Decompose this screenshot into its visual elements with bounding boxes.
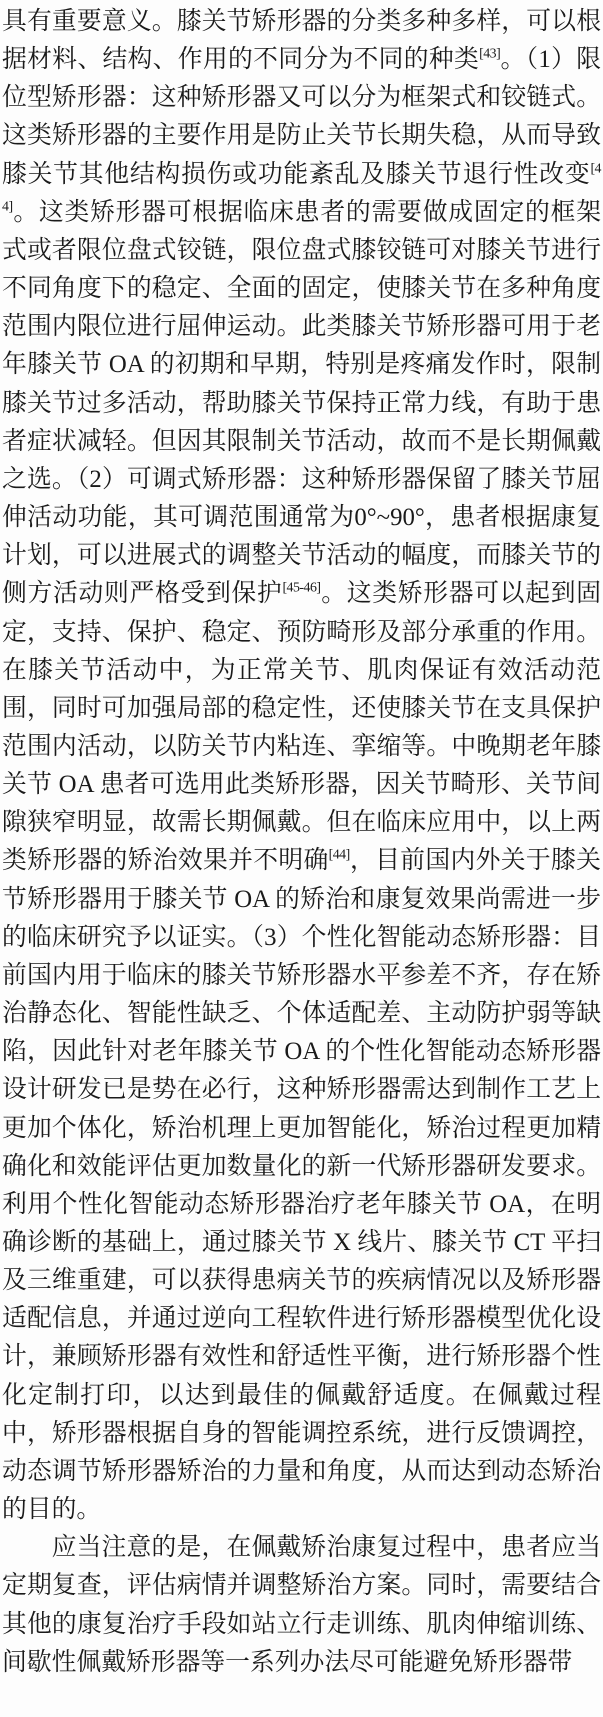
citation-ref: [44] xyxy=(329,848,350,863)
paragraph-orthosis-classification: 具有重要意义。膝关节矫形器的分类多种多样，可以根据材料、结构、作用的不同分为不同… xyxy=(2,3,601,1529)
document-page: 具有重要意义。膝关节矫形器的分类多种多样，可以根据材料、结构、作用的不同分为不同… xyxy=(0,0,603,1717)
paragraph-wearing-precautions: 应当注意的是，在佩戴矫治康复过程中，患者应当定期复查，评估病情并调整矫治方案。同… xyxy=(2,1529,601,1682)
citation-ref: [44] xyxy=(2,161,601,214)
citation-ref: [45-46] xyxy=(282,581,320,596)
citation-ref: [43] xyxy=(479,47,500,62)
